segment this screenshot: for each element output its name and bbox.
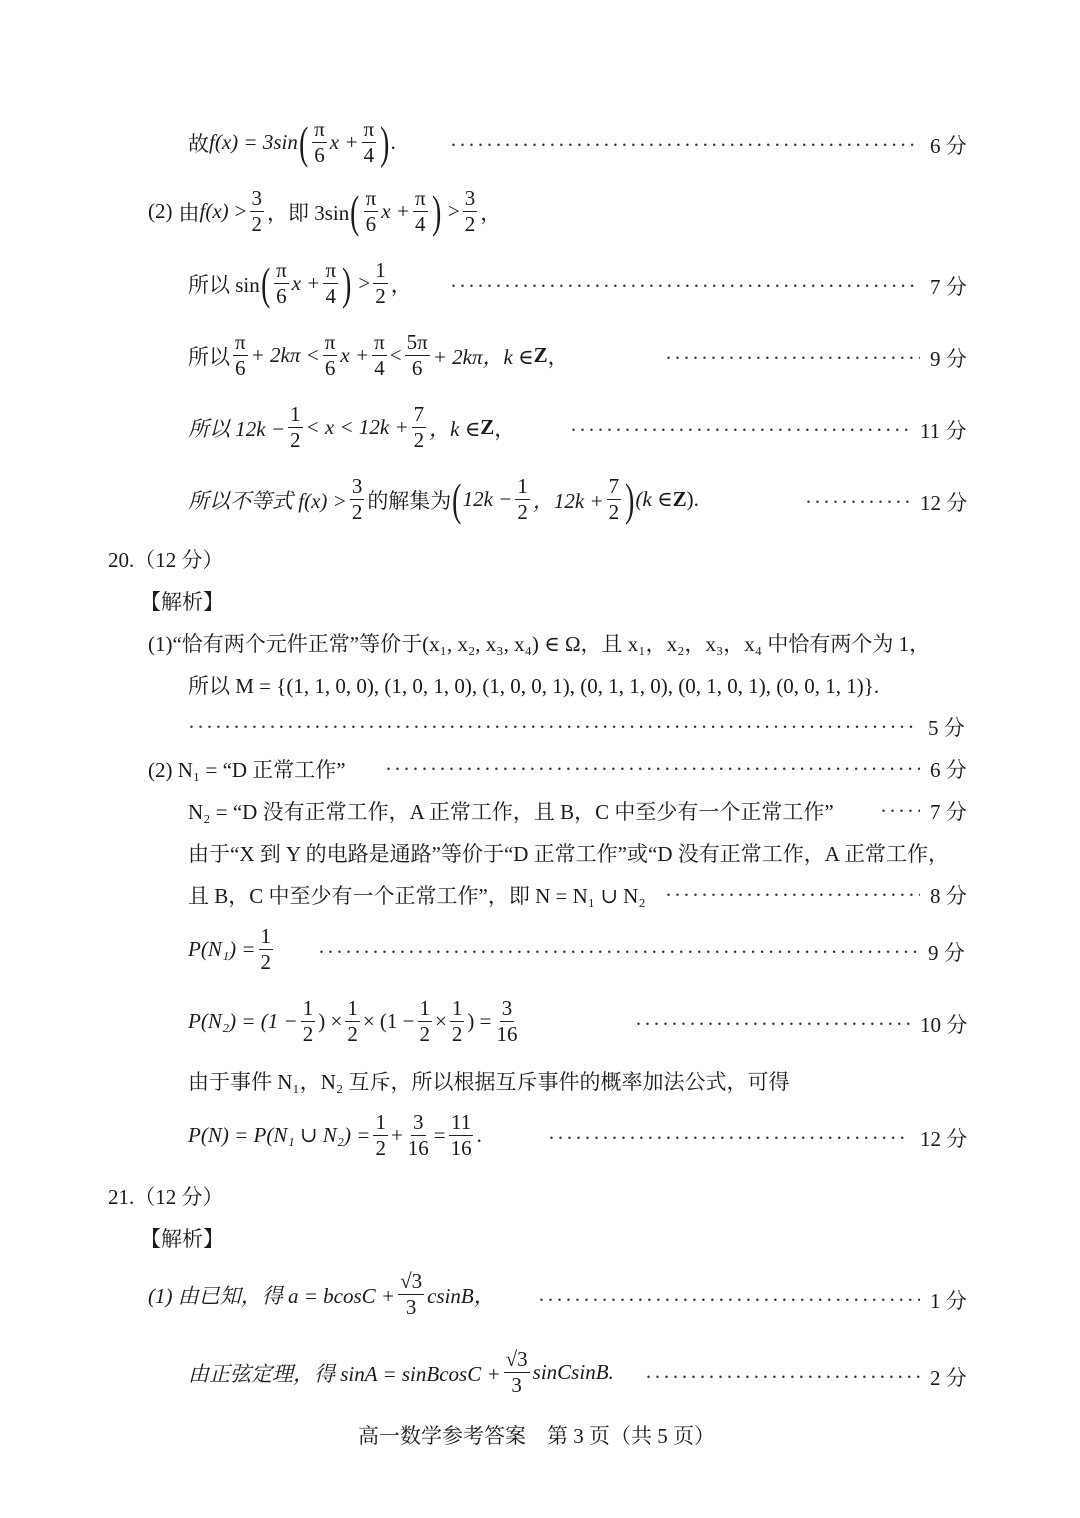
text: 12k − (463, 487, 513, 512)
score-leader: ········································… (188, 712, 970, 742)
q19-part2-intro: (2) 由f(x) > 32 ，即 3sin ( π6 x + π4 ) > 3… (148, 187, 501, 236)
score: 12 分 (920, 1123, 967, 1153)
text: + 2kπ < (251, 343, 320, 368)
q21-line1: (1) 由已知，得 a = bcosC + √33 csinB， (148, 1270, 495, 1319)
text: 所以 sin (188, 269, 260, 299)
score-leader: ······································2 … (645, 1362, 970, 1392)
score: 11 分 (920, 415, 966, 445)
score-leader: ···············12 分 (805, 487, 970, 517)
score-leader: ········································… (570, 415, 970, 445)
integers-symbol: Z (673, 487, 687, 512)
q20-mutual-exclusive: 由于事件 N₁，N₂ 互斥，所以根据互斥事件的概率加法公式，可得 (188, 1066, 789, 1096)
fraction: 5π6 (405, 331, 430, 380)
fraction: π6 (233, 331, 248, 380)
text: ，k ∈ (429, 413, 480, 443)
integers-symbol: Z (480, 415, 494, 440)
text: < (390, 343, 402, 368)
score-leader: ····································8 分 (665, 880, 970, 910)
text: (k ∈ (635, 487, 672, 512)
fraction: π6 (312, 118, 327, 167)
text: 的解集为 (367, 485, 451, 515)
score: 7 分 (930, 796, 967, 826)
page-footer: 高一数学参考答案 第 3 页（共 5 页） (358, 1420, 715, 1450)
text: 所以不等式 f(x) > (188, 485, 347, 515)
text: ，即 3sin (267, 197, 349, 227)
q20-part1-line2: 所以 M = {(1, 1, 0, 0), (1, 0, 1, 0), (1, … (188, 670, 879, 700)
q20-pn: P(N) = P(N₁ ∪ N₂) = 12 + 316 = 1116. (188, 1111, 482, 1160)
score: 6 分 (930, 130, 967, 160)
text: ， (480, 197, 501, 227)
fraction: π6 (323, 331, 338, 380)
text: ). (687, 487, 699, 512)
q20-part2-line4: 且 B，C 中至少有一个正常工作”，即 N = N₁ ∪ N₂ (188, 880, 646, 910)
score-leader: ········································… (450, 130, 970, 160)
score: 2 分 (930, 1362, 967, 1392)
score-leader: ······7 分 (880, 796, 970, 826)
fraction: 72 (412, 403, 427, 452)
score-leader: ····································9 分 (665, 343, 970, 373)
left-paren: ( (452, 477, 461, 523)
text: x + (340, 343, 369, 368)
text: 由 (179, 197, 200, 227)
fraction: π4 (372, 331, 387, 380)
fraction: 316 (406, 1111, 431, 1160)
score: 9 分 (930, 343, 967, 373)
text: x + (292, 271, 321, 296)
q20-part2-line1: (2) N₁ = “D 正常工作” (148, 754, 346, 784)
fraction: 12 (373, 1111, 388, 1160)
q20-part2-line2: N₂ = “D 没有正常工作，A 正常工作，且 B，C 中至少有一个正常工作” (188, 796, 834, 826)
fraction: π6 (274, 259, 289, 308)
right-paren: ) (432, 189, 441, 235)
left-paren: ( (350, 189, 359, 235)
text: x + (381, 199, 410, 224)
right-paren: ) (380, 120, 389, 166)
fraction: 12 (259, 925, 274, 974)
fraction: π4 (362, 118, 377, 167)
q19-solution-set: 所以不等式 f(x) > 32 的解集为 ( 12k − 12 ，12k + 7… (188, 475, 699, 524)
fraction: 32 (250, 187, 265, 236)
fraction: 316 (494, 997, 519, 1046)
text: ， (391, 269, 412, 299)
q20-pn2: P(N₂) = (1 − 12 ) × 12 × (1 − 12 × 12 ) … (188, 997, 522, 1046)
integers-symbol: Z (534, 343, 548, 368)
text: < x < 12k + (306, 415, 409, 440)
q20-part2-line3: 由于“X 到 Y 的电路是通路”等价于“D 正常工作”或“D 没有正常工作，A … (188, 838, 949, 868)
fraction: 12 (418, 997, 433, 1046)
text: + 2kπ，k ∈ (433, 341, 534, 371)
fraction: 72 (607, 475, 622, 524)
q19-f-expression: 故f(x) = 3sin ( π6 x + π4 ). (188, 118, 396, 167)
text: ， (494, 413, 515, 443)
text: (2) (148, 199, 173, 224)
fraction: 12 (301, 997, 316, 1046)
q21-line2: 由正弦定理，得 sinA = sinBcosC + √33 sinCsinB. (188, 1348, 614, 1397)
fraction: π4 (413, 187, 428, 236)
score-leader: ········································… (385, 754, 970, 784)
q20-part1-line1: (1)“恰有两个元件正常”等价于(x₁, x₂, x₃, x₄) ∈ Ω，且 x… (148, 628, 930, 658)
score: 12 分 (920, 487, 967, 517)
q19-sin-inequality: 所以 sin ( π6 x + π4 ) > 12， (188, 259, 412, 308)
q20-header: 20.（12 分） (108, 544, 224, 574)
fraction: 12 (345, 997, 360, 1046)
fraction: 12 (288, 403, 303, 452)
score: 1 分 (930, 1285, 967, 1315)
fraction: 12 (450, 997, 465, 1046)
text: f(x) (200, 199, 229, 224)
right-paren: ) (625, 477, 634, 523)
left-paren: ( (299, 120, 308, 166)
fraction: 32 (350, 475, 365, 524)
q20-analysis-label: 【解析】 (140, 586, 224, 616)
score-leader: ······································10… (635, 1009, 970, 1039)
score: 7 分 (930, 271, 967, 301)
q19-range-inequality: 所以 π6 + 2kπ < π6 x + π4 < 5π6 + 2kπ，k ∈ … (188, 331, 569, 380)
text: > (358, 271, 370, 296)
fraction: 12 (515, 475, 530, 524)
score: 6 分 (930, 754, 967, 784)
fraction: π6 (364, 187, 379, 236)
score-leader: ········································… (450, 271, 970, 301)
text: 故 (188, 128, 209, 158)
q20-pn1: P(N₁) = 12 (188, 925, 276, 974)
fraction: 1116 (449, 1111, 474, 1160)
fraction: 32 (463, 187, 478, 236)
q21-analysis-label: 【解析】 (140, 1223, 224, 1253)
fraction: √33 (398, 1270, 424, 1319)
text: > (448, 199, 460, 224)
text: 所以 (188, 341, 230, 371)
fraction: √33 (504, 1348, 530, 1397)
q19-x-range: 所以 12k − 12 < x < 12k + 72 ，k ∈ Z， (188, 403, 515, 452)
text: . (390, 130, 395, 155)
text: x + (330, 130, 359, 155)
score: 10 分 (920, 1009, 967, 1039)
score-leader: ········································… (318, 937, 970, 967)
text: ， (548, 341, 569, 371)
text: ，12k + (533, 485, 604, 515)
fraction: 12 (373, 259, 388, 308)
left-paren: ( (261, 261, 270, 307)
right-paren: ) (342, 261, 351, 307)
q21-header: 21.（12 分） (108, 1181, 224, 1211)
score: 9 分 (928, 937, 965, 967)
text: 所以 12k − (188, 413, 285, 443)
text: f(x) = 3sin (209, 130, 298, 155)
score-leader: ········································… (548, 1123, 970, 1153)
score-leader: ········································… (538, 1285, 970, 1315)
text: > (235, 199, 247, 224)
fraction: π4 (323, 259, 338, 308)
score: 5 分 (928, 712, 965, 742)
score: 8 分 (930, 880, 967, 910)
